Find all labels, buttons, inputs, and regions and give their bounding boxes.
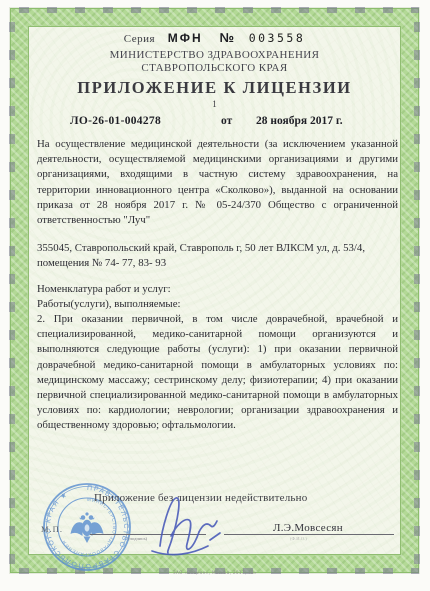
border-ornament-left bbox=[9, 8, 15, 573]
stamp-place-label: М.П. bbox=[41, 524, 63, 534]
name-line bbox=[224, 534, 394, 535]
number-sign: № bbox=[219, 30, 234, 45]
nomenclature-details: 2. При оказании первичной, в том числе д… bbox=[28, 312, 401, 434]
sheet-number: 1 bbox=[28, 99, 401, 109]
printer-imprint: ЗАО «Опцион», Москва, 2017, «В» bbox=[0, 570, 430, 575]
double-headed-eagle-icon bbox=[71, 512, 104, 543]
license-scope-paragraph: На осуществление медицинской деятельност… bbox=[28, 137, 401, 228]
guilloche-border-frame: Серия МФН № 003558 МИНИСТЕРСТВО ЗДРАВООХ… bbox=[10, 8, 419, 573]
license-date: 28 ноября 2017 г. bbox=[256, 115, 343, 127]
nomenclature-subheading: Работы(услуги), выполняемые: bbox=[28, 297, 401, 312]
serial-number: 003558 bbox=[249, 31, 306, 45]
border-ornament-right bbox=[414, 8, 420, 573]
nomenclature-heading: Номенклатура работ и услуг: bbox=[28, 282, 401, 297]
series-value: МФН bbox=[168, 31, 203, 45]
series-label: Серия bbox=[124, 33, 155, 45]
from-label: от bbox=[221, 115, 232, 127]
ministry-line2: СТАВРОПОЛЬСКОГО КРАЯ bbox=[28, 62, 401, 75]
name-caption: (Ф.И.О.) bbox=[290, 536, 307, 541]
signatory-name: Л.Э.Мовсесян bbox=[273, 522, 343, 534]
license-number-row: ЛО-26-01-004278 от 28 ноября 2017 г. bbox=[28, 115, 401, 130]
license-document-sheet: Серия МФН № 003558 МИНИСТЕРСТВО ЗДРАВООХ… bbox=[28, 26, 401, 555]
document-title: ПРИЛОЖЕНИЕ К ЛИЦЕНЗИИ bbox=[28, 78, 401, 98]
ministry-name: МИНИСТЕРСТВО ЗДРАВООХРАНЕНИЯ СТАВРОПОЛЬС… bbox=[28, 49, 401, 75]
border-ornament-top bbox=[10, 7, 419, 13]
serial-row: Серия МФН № 003558 bbox=[28, 30, 401, 45]
ministry-line1: МИНИСТЕРСТВО ЗДРАВООХРАНЕНИЯ bbox=[28, 49, 401, 62]
licensee-address: 355045, Ставропольский край, Ставрополь … bbox=[28, 241, 401, 271]
handwritten-signature bbox=[140, 488, 244, 572]
license-number: ЛО-26-01-004278 bbox=[70, 115, 161, 127]
